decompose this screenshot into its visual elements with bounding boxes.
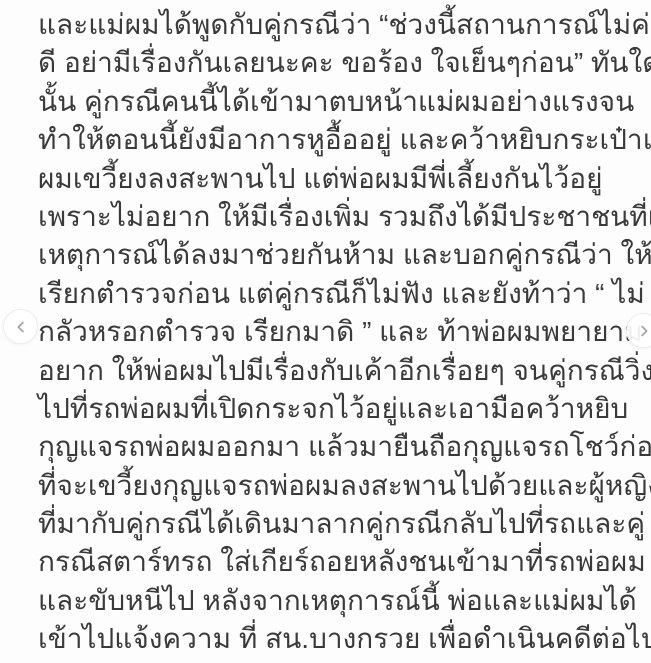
text-line: นั้น คู่กรณีคนนี้ได้เข้ามาตบหน้าแม่ผมอย่…: [38, 83, 638, 121]
text-line: ผมเขวี้ยงลงสะพานไป แต่พ่อผมมีพี่เลี้ยงกั…: [38, 160, 638, 198]
text-line: และขับหนีไป หลังจากเหตุการณ์นี้ พ่อและแม…: [38, 582, 638, 620]
text-line: เพราะไม่อยาก ให้มีเรื่องเพิ่ม รวมถึงได้ม…: [38, 198, 638, 236]
text-line: ดี อย่ามีเรื่องกันเลยนะคะ ขอร้อง ใจเย็นๆ…: [38, 44, 638, 82]
text-line: ที่จะเขวี้ยงกุญแจรถพ่อผมลงสะพานไปด้วยและ…: [38, 467, 638, 505]
text-line: กลัวหรอกตำรวจ เรียกมาดิ ” และ ท้าพ่อผมพย…: [38, 313, 638, 351]
text-line: เรียกตำรวจก่อน แต่คู่กรณีก็ไม่ฟัง และยัง…: [38, 275, 638, 313]
carousel-prev-button[interactable]: [3, 309, 38, 344]
text-line: กุญแจรถพ่อผมออกมา แล้วมายืนถือกุญแจรถโชว…: [38, 428, 638, 466]
text-line: เข้าไปแจ้งความ ที่ สน.บางกรวย เพื่อดำเนิ…: [38, 620, 638, 658]
text-line: อยาก ให้พ่อผมไปมีเรื่องกับเค้าอีกเรื่อยๆ…: [38, 352, 638, 390]
post-text-image: และแม่ผมได้พูดกับคู่กรณีว่า “ช่วงนี้สถาน…: [0, 0, 651, 663]
carousel-next-button[interactable]: [626, 313, 651, 348]
text-line: กรณีสตาร์ทรถ ใส่เกียร์ถอยหลังชนเข้ามาที่…: [38, 543, 638, 581]
chevron-left-icon: [4, 310, 37, 343]
text-line: และแม่ผมได้พูดกับคู่กรณีว่า “ช่วงนี้สถาน…: [38, 6, 638, 44]
chevron-right-icon: [627, 314, 651, 347]
text-line: ไปที่รถพ่อผมที่เปิดกระจกไว้อยู่และเอามือ…: [38, 390, 638, 428]
text-block: และแม่ผมได้พูดกับคู่กรณีว่า “ช่วงนี้สถาน…: [38, 6, 638, 659]
text-line: เหตุการณ์ได้ลงมาช่วยกันห้าม และบอกคู่กรณ…: [38, 236, 638, 274]
text-line: ที่มากับคู่กรณีได้เดินมาลากคู่กรณีกลับไป…: [38, 505, 638, 543]
text-line: ทำให้ตอนนี้ยังมีอาการหูอื้ออยู่ และคว้าห…: [38, 121, 638, 159]
